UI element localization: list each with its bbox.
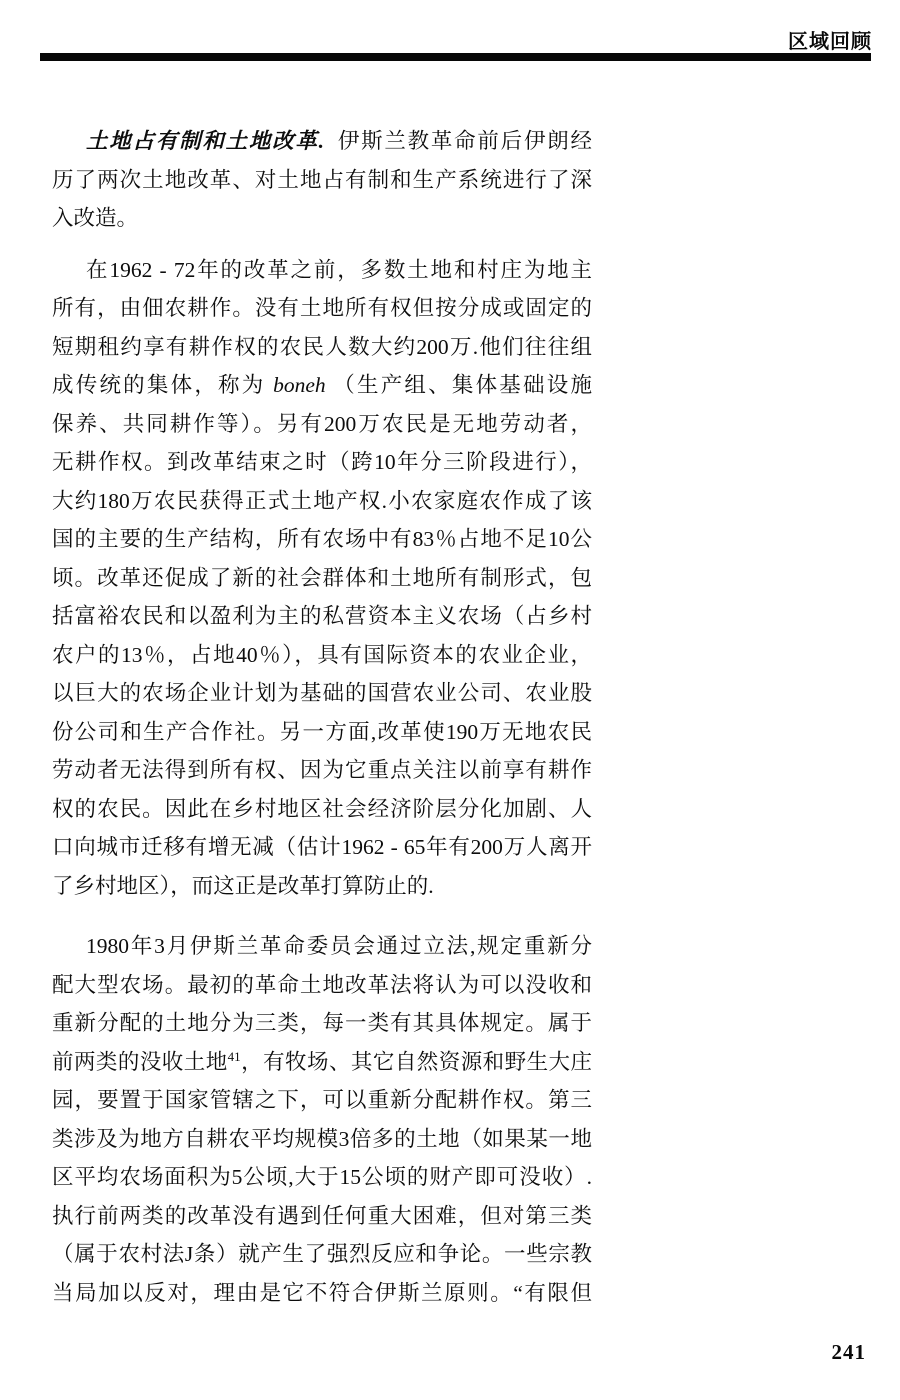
text-line: 所有，由佃农耕作。没有土地所有权但按分成或固定的 bbox=[52, 289, 592, 328]
scanned-page: 区域回顾 土地占有制和土地改革.伊斯兰教革命前后伊朗经 历了两次土地改革、对土地… bbox=[0, 0, 900, 1400]
footnote-marker: 41 bbox=[228, 1048, 241, 1063]
text-line: 括富裕农民和以盈利为主的私营资本主义农场（占乡村 bbox=[52, 597, 592, 636]
text-segment: 成传统的集体，称为 bbox=[52, 373, 273, 397]
text-line: 保养、共同耕作等）。另有200万农民是无地劳动者， bbox=[52, 405, 592, 444]
text-line: 份公司和生产合作社。另一方面,改革使190万无地农民 bbox=[52, 713, 592, 752]
inline-run-in-heading: 土地占有制和土地改革. bbox=[86, 129, 324, 153]
text-line: 无耕作权。到改革结束之时（跨10年分三阶段进行）， bbox=[52, 443, 592, 482]
text-line: 短期租约享有耕作权的农民人数大约200万.他们往往组 bbox=[52, 328, 592, 367]
text-line: （属于农村法J条）就产生了强烈反应和争论。一些宗教 bbox=[52, 1235, 592, 1274]
article-body: 土地占有制和土地改革.伊斯兰教革命前后伊朗经 历了两次土地改革、对土地占有制和生… bbox=[52, 122, 592, 1312]
text-line: 执行前两类的改革没有遇到任何重大困难，但对第三类 bbox=[52, 1197, 592, 1236]
text-line: 大约180万农民获得正式土地产权.小农家庭农作成了该 bbox=[52, 482, 592, 521]
text-line: 前两类的没收土地41，有牧场、其它自然资源和野生大庄 bbox=[52, 1043, 592, 1082]
running-header: 区域回顾 bbox=[788, 25, 872, 54]
text-line: 入改造。 bbox=[52, 199, 592, 238]
text-line: 口向城市迁移有增无减（估计1962 - 65年有200万人离开 bbox=[52, 828, 592, 867]
text-line: 1980年3月伊斯兰革命委员会通过立法,规定重新分 bbox=[52, 927, 592, 966]
text-line: 以巨大的农场企业计划为基础的国营农业公司、农业股 bbox=[52, 674, 592, 713]
text-line: 当局加以反对，理由是它不符合伊斯兰原则。“有限但 bbox=[52, 1274, 592, 1313]
header-rule-divider bbox=[40, 53, 871, 61]
text-segment: （生产组、集体基础设施 bbox=[326, 373, 592, 397]
text-line: 历了两次土地改革、对土地占有制和生产系统进行了深 bbox=[52, 161, 592, 200]
text-segment: 伊斯兰教革命前后伊朗经 bbox=[336, 129, 592, 153]
text-line: 顷。改革还促成了新的社会群体和土地所有制形式，包 bbox=[52, 559, 592, 598]
text-segment: 前两类的没收土地 bbox=[52, 1050, 228, 1074]
text-line: 国的主要的生产结构，所有农场中有83％占地不足10公 bbox=[52, 520, 592, 559]
text-line: 配大型农场。最初的革命土地改革法将认为可以没收和 bbox=[52, 966, 592, 1005]
foreign-term-boneh: boneh bbox=[273, 373, 326, 397]
paragraph-1980-land-reform-law: 1980年3月伊斯兰革命委员会通过立法,规定重新分 配大型农场。最初的革命土地改… bbox=[52, 927, 592, 1312]
text-line: 类涉及为地方自耕农平均规模3倍多的土地（如果某一地 bbox=[52, 1120, 592, 1159]
text-line: 重新分配的土地分为三类，每一类有其具体规定。属于 bbox=[52, 1004, 592, 1043]
text-line: 区平均农场面积为5公顷,大于15公顷的财产即可没收）. bbox=[52, 1158, 592, 1197]
text-line: 了乡村地区），而这正是改革打算防止的. bbox=[52, 867, 592, 906]
text-line: 园，要置于国家管辖之下，可以重新分配耕作权。第三 bbox=[52, 1081, 592, 1120]
paragraph-land-tenure-intro: 土地占有制和土地改革.伊斯兰教革命前后伊朗经 历了两次土地改革、对土地占有制和生… bbox=[52, 122, 592, 238]
text-line: 农户的13％，占地40％），具有国际资本的农业企业， bbox=[52, 636, 592, 675]
paragraph-pre-revolution-reform: 在1962 - 72年的改革之前，多数土地和村庄为地主 所有，由佃农耕作。没有土… bbox=[52, 251, 592, 906]
text-segment: ，有牧场、其它自然资源和野生大庄 bbox=[241, 1050, 592, 1074]
text-line: 在1962 - 72年的改革之前，多数土地和村庄为地主 bbox=[52, 251, 592, 290]
section-title: 区域回顾 bbox=[788, 31, 872, 53]
text-line: 劳动者无法得到所有权、因为它重点关注以前享有耕作 bbox=[52, 751, 592, 790]
page-number: 241 bbox=[832, 1340, 867, 1365]
text-line: 权的农民。因此在乡村地区社会经济阶层分化加剧、人 bbox=[52, 790, 592, 829]
text-line: 成传统的集体，称为 boneh （生产组、集体基础设施 bbox=[52, 366, 592, 405]
text-line: 土地占有制和土地改革.伊斯兰教革命前后伊朗经 bbox=[52, 122, 592, 161]
